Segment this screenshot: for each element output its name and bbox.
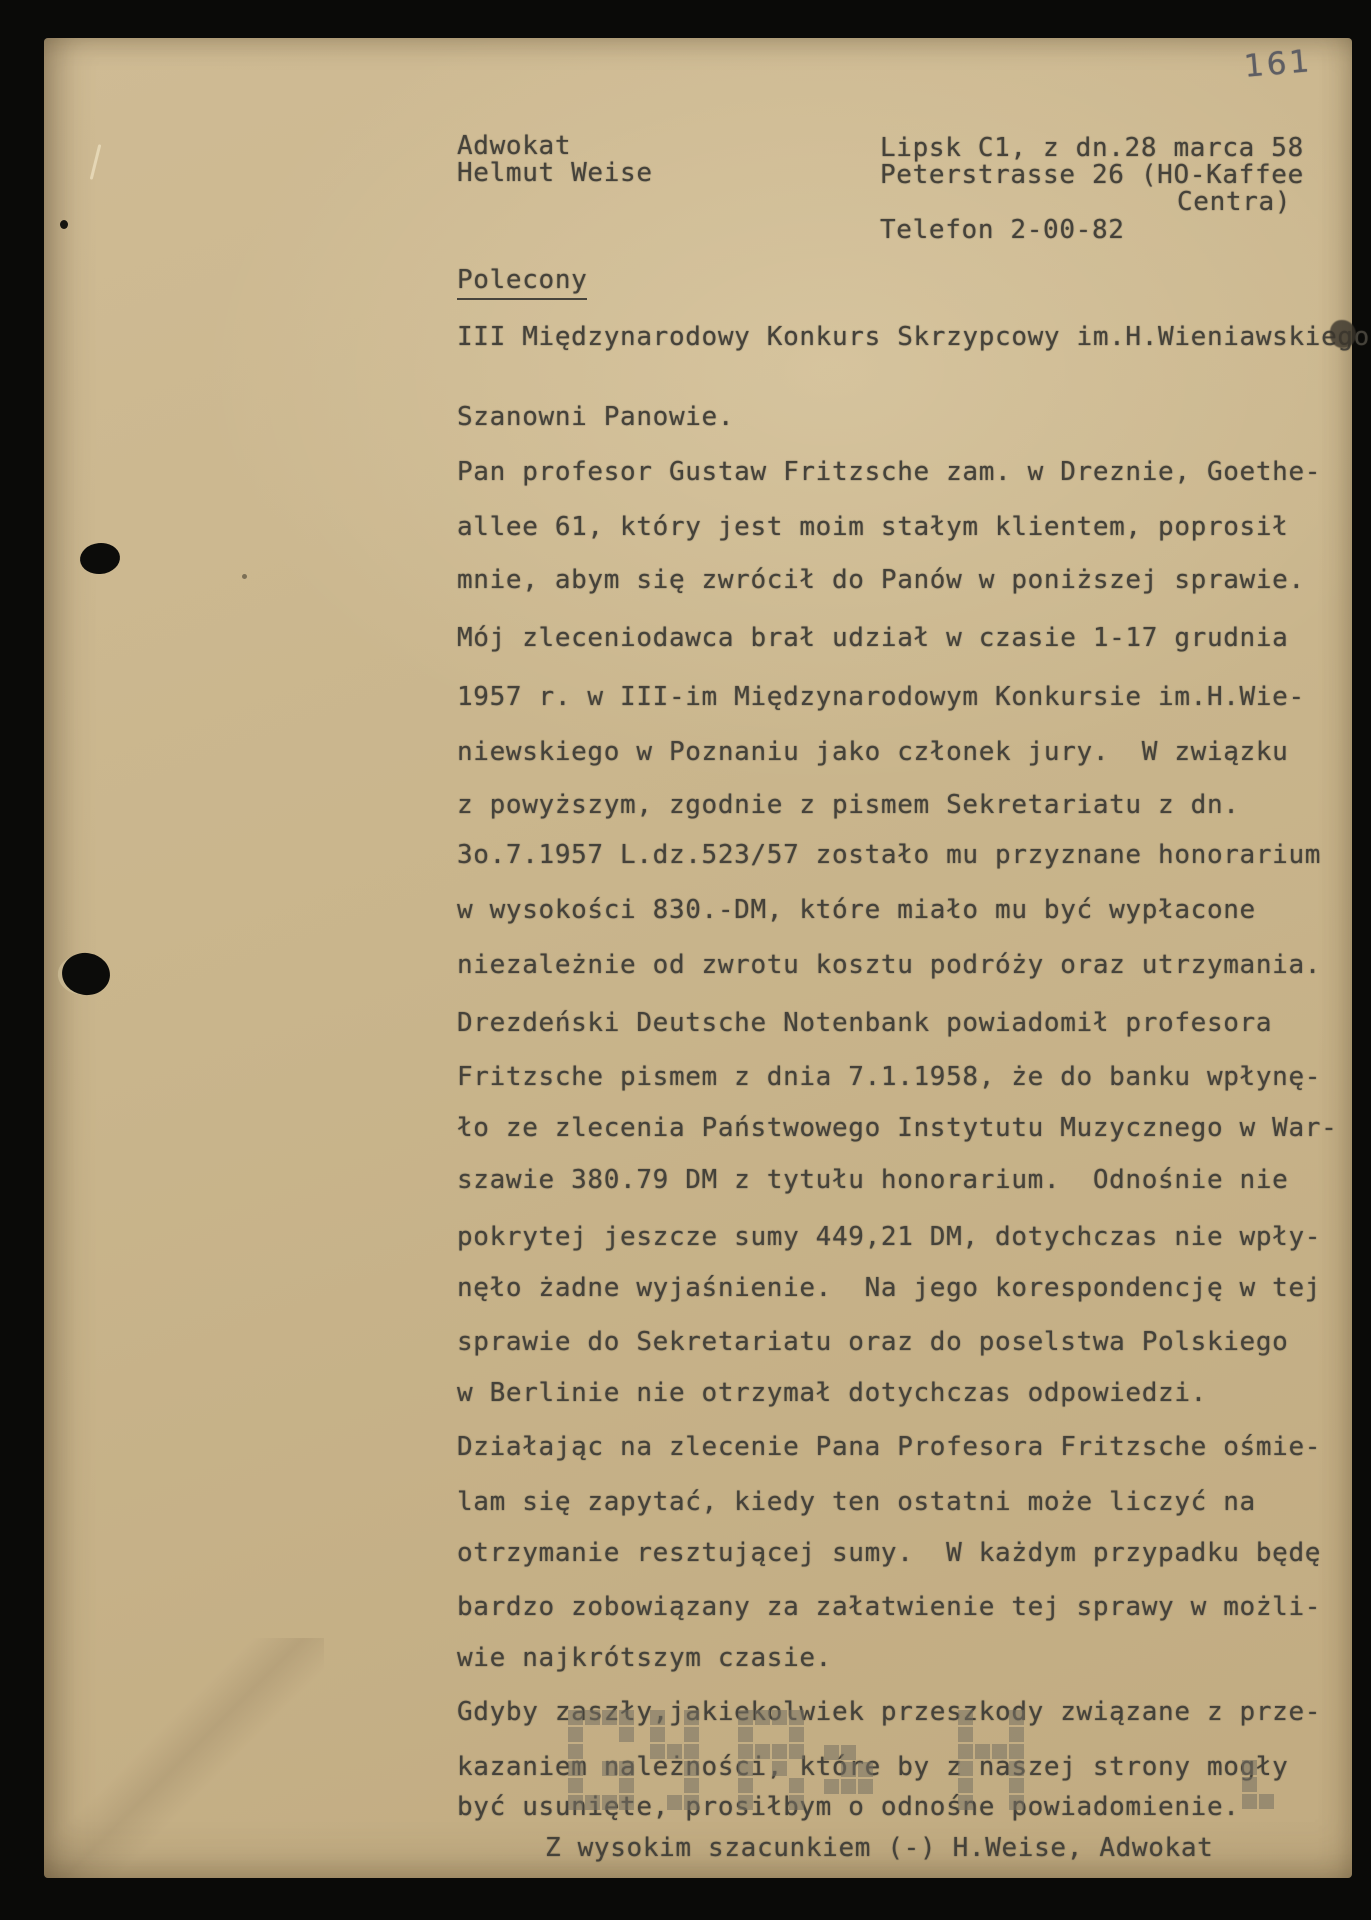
letter-line: sprawie do Sekretariatu oraz do poselstw…: [457, 1327, 1288, 1357]
watermark-block: [789, 1727, 804, 1742]
watermark-block: [619, 1710, 634, 1725]
letter-line: Pan profesor Gustaw Fritzsche zam. w Dre…: [457, 457, 1321, 487]
watermark-block: [1242, 1794, 1257, 1809]
watermark-block: [755, 1710, 770, 1725]
watermark-block: [619, 1761, 634, 1776]
watermark-block: [1009, 1778, 1024, 1793]
watermark-block: [738, 1761, 753, 1776]
letter-line: allee 61, który jest moim stałym kliente…: [457, 512, 1288, 542]
closing-signature: Z wysokim szacunkiem (-) H.Weise, Adwoka…: [545, 1833, 1213, 1863]
watermark-block: [650, 1710, 665, 1725]
watermark-block: [568, 1744, 583, 1759]
hole-punch: [59, 950, 112, 998]
watermark-block: [568, 1778, 583, 1793]
watermark-block: [1009, 1795, 1024, 1810]
watermark-block: [684, 1710, 699, 1725]
letter-line: Fritzsche pismem z dnia 7.1.1958, że do …: [457, 1062, 1321, 1092]
letter-line: Drezdeński Deutsche Notenbank powiadomił…: [457, 1008, 1272, 1038]
watermark-block: [1242, 1777, 1257, 1792]
watermark-block: [602, 1710, 617, 1725]
letter-line: z powyższym, zgodnie z pismem Sekretaria…: [457, 790, 1240, 820]
watermark-block: [585, 1710, 600, 1725]
watermark-block: [1009, 1710, 1024, 1725]
subject-line: III Międzynarodowy Konkurs Skrzypcowy im…: [457, 322, 1370, 352]
letter-line: bardzo zobowiązany za załatwienie tej sp…: [457, 1592, 1321, 1622]
watermark-block: [958, 1710, 973, 1725]
registered-mail-label: Polecony: [457, 265, 587, 300]
watermark-block: [841, 1762, 856, 1777]
watermark-block: [738, 1727, 753, 1742]
watermark-block: [568, 1727, 583, 1742]
watermark-block: [1009, 1727, 1024, 1742]
watermark-block: [738, 1778, 753, 1793]
watermark-block: [684, 1761, 699, 1776]
letter-line: w Berlinie nie otrzymał dotychczas odpow…: [457, 1378, 1207, 1408]
letter-line: Mój zleceniodawca brał udział w czasie 1…: [457, 623, 1288, 653]
watermark-block: [684, 1727, 699, 1742]
watermark-block: [841, 1745, 856, 1760]
paper-speck: [242, 574, 247, 579]
dateline-street-cont: Centra): [1177, 187, 1291, 217]
watermark-block: [684, 1744, 699, 1759]
watermark-block: [568, 1795, 583, 1810]
watermark-block: [619, 1778, 634, 1793]
paper-crease: [44, 1638, 324, 1878]
watermark-block: [824, 1745, 839, 1760]
letter-line: niezależnie od zwrotu kosztu podróży ora…: [457, 950, 1321, 980]
watermark-block: [602, 1795, 617, 1810]
letter-line: otrzymanie resztującej sumy. W każdym pr…: [457, 1538, 1321, 1568]
letter-line: Działając na zlecenie Pana Profesora Fri…: [457, 1432, 1321, 1462]
page-number-annotation: 161: [1243, 43, 1314, 85]
watermark-block: [1242, 1760, 1257, 1775]
dateline-phone: Telefon 2-00-82: [880, 215, 1125, 245]
letter-line: w wysokości 830.-DM, które miało mu być …: [457, 895, 1256, 925]
letter-line: nęło żadne wyjaśnienie. Na jego korespon…: [457, 1273, 1321, 1303]
watermark-block: [772, 1710, 787, 1725]
watermark-block: [568, 1761, 583, 1776]
watermark-block: [650, 1727, 665, 1742]
watermark-block: [789, 1710, 804, 1725]
watermark-block: [755, 1744, 770, 1759]
watermark-block: [619, 1727, 634, 1742]
hole-punch: [78, 541, 121, 576]
watermark-block: [789, 1778, 804, 1793]
sender-title: Adwokat: [457, 131, 571, 161]
watermark-block: [1009, 1744, 1024, 1759]
watermark-block: [1259, 1794, 1274, 1809]
watermark-block: [619, 1795, 634, 1810]
watermark-block: [650, 1744, 665, 1759]
watermark-block: [772, 1744, 787, 1759]
letter-line: pokrytej jeszcze sumy 449,21 DM, dotychc…: [457, 1222, 1321, 1252]
document-page: 161 Adwokat Helmut Weise Lipsk C1, z dn.…: [44, 38, 1352, 1878]
watermark-block: [585, 1795, 600, 1810]
watermark-block: [824, 1779, 839, 1794]
watermark-block: [738, 1795, 753, 1810]
ink-smudge: [1330, 320, 1356, 348]
sender-name: Helmut Weise: [457, 158, 653, 188]
watermark-block: [772, 1761, 787, 1776]
watermark-block: [958, 1761, 973, 1776]
watermark-block: [789, 1795, 804, 1810]
watermark-block: [667, 1744, 682, 1759]
watermark-block: [841, 1779, 856, 1794]
watermark-block: [738, 1744, 753, 1759]
watermark-block: [684, 1795, 699, 1810]
letter-line: szawie 380.79 DM z tytułu honorarium. Od…: [457, 1165, 1288, 1195]
dateline-city-date: Lipsk C1, z dn.28 marca 58: [880, 133, 1304, 163]
watermark-block: [738, 1710, 753, 1725]
watermark-block: [958, 1795, 973, 1810]
letter-line: ło ze zlecenia Państwowego Instytutu Muz…: [457, 1113, 1337, 1143]
watermark-block: [992, 1744, 1007, 1759]
watermark-block: [958, 1744, 973, 1759]
letter-line: mnie, abym się zwrócił do Panów w poniżs…: [457, 565, 1305, 595]
letter-line: wie najkrótszym czasie.: [457, 1643, 832, 1673]
watermark-block: [602, 1761, 617, 1776]
watermark-block: [958, 1727, 973, 1742]
watermark-block: [958, 1778, 973, 1793]
watermark-block: [789, 1744, 804, 1759]
dateline-street: Peterstrasse 26 (HO-Kaffee: [880, 160, 1304, 190]
paper-scratch: [90, 144, 102, 180]
watermark-block: [858, 1762, 873, 1777]
scan-background: 161 Adwokat Helmut Weise Lipsk C1, z dn.…: [0, 0, 1371, 1920]
letter-line: lam się zapytać, kiedy ten ostatni może …: [457, 1487, 1256, 1517]
watermark-block: [975, 1744, 990, 1759]
letter-line: Szanowni Panowie.: [457, 402, 734, 432]
watermark-block: [667, 1795, 682, 1810]
letter-line: 1957 r. w III-im Międzynarodowym Konkurs…: [457, 682, 1305, 712]
paper-speck: [60, 220, 68, 229]
letter-line: 3o.7.1957 L.dz.523/57 zostało mu przyzna…: [457, 840, 1321, 870]
watermark-block: [858, 1779, 873, 1794]
letter-line: niewskiego w Poznaniu jako członek jury.…: [457, 737, 1288, 767]
watermark-block: [1009, 1761, 1024, 1776]
watermark-block: [684, 1778, 699, 1793]
watermark-block: [568, 1710, 583, 1725]
